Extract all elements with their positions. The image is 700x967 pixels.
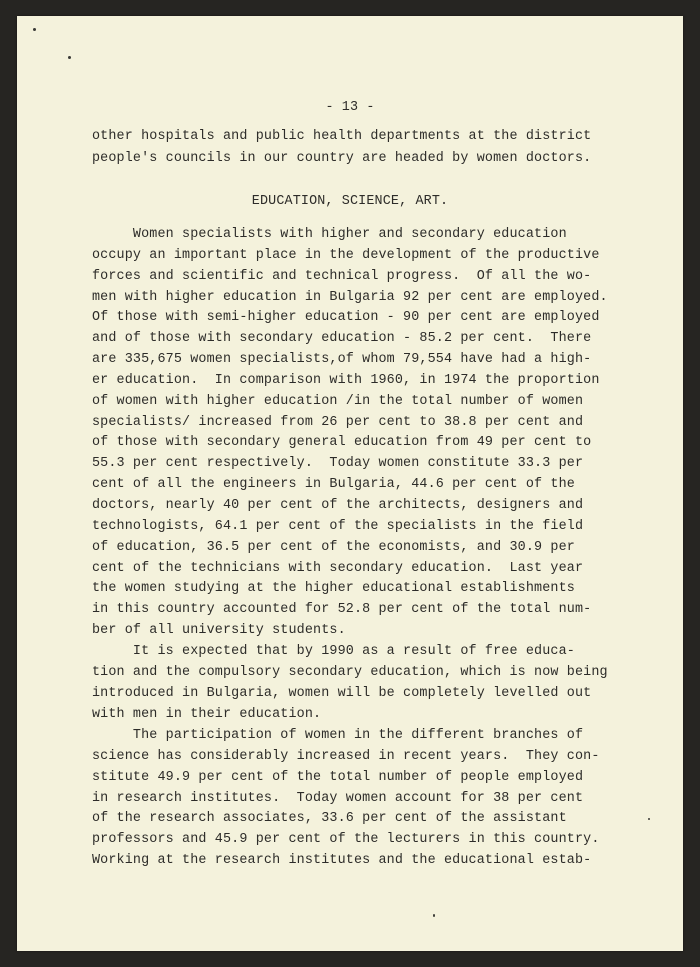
text-line: Working at the research institutes and t… bbox=[92, 853, 591, 869]
text-line: forces and scientific and technical prog… bbox=[92, 269, 591, 285]
text-line: ber of all university students. bbox=[92, 623, 346, 639]
text-line: in research institutes. Today women acco… bbox=[92, 791, 583, 807]
text-line: of those with secondary general educatio… bbox=[92, 435, 591, 451]
text-line: doctors, nearly 40 per cent of the archi… bbox=[92, 498, 583, 514]
text-line: specialists/ increased from 26 per cent … bbox=[92, 415, 583, 431]
document-page: - 13 - other hospitals and public health… bbox=[17, 16, 683, 951]
paper-speck bbox=[648, 818, 650, 820]
text-line: in this country accounted for 52.8 per c… bbox=[92, 602, 591, 618]
text-line: are 335,675 women specialists,of whom 79… bbox=[92, 352, 591, 368]
text-line: Women specialists with higher and second… bbox=[92, 227, 567, 243]
text-line: of women with higher education /in the t… bbox=[92, 394, 583, 410]
text-line: and of those with secondary education - … bbox=[92, 331, 591, 347]
paper-speck bbox=[68, 56, 71, 59]
text-line: of education, 36.5 per cent of the econo… bbox=[92, 540, 575, 556]
text-line: technologists, 64.1 per cent of the spec… bbox=[92, 519, 583, 535]
paper-speck bbox=[33, 28, 36, 31]
text-line: The participation of women in the differ… bbox=[92, 728, 583, 744]
text-line: the women studying at the higher educati… bbox=[92, 581, 575, 597]
text-line: stitute 49.9 per cent of the total numbe… bbox=[92, 770, 583, 786]
text-line: Of those with semi-higher education - 90… bbox=[92, 310, 600, 326]
paper-speck bbox=[433, 914, 435, 917]
text-line: cent of the technicians with secondary e… bbox=[92, 561, 583, 577]
text-line: men with higher education in Bulgaria 92… bbox=[92, 290, 608, 306]
text-line: 55.3 per cent respectively. Today women … bbox=[92, 456, 583, 472]
text-line: of the research associates, 33.6 per cen… bbox=[92, 811, 567, 827]
text-line: er education. In comparison with 1960, i… bbox=[92, 373, 600, 389]
text-line: professors and 45.9 per cent of the lect… bbox=[92, 832, 600, 848]
text-line: science has considerably increased in re… bbox=[92, 749, 600, 765]
section-heading: EDUCATION, SCIENCE, ART. bbox=[17, 194, 683, 209]
text-line: other hospitals and public health depart… bbox=[92, 129, 591, 145]
page-number: - 13 - bbox=[17, 100, 683, 115]
text-line: introduced in Bulgaria, women will be co… bbox=[92, 686, 591, 702]
text-line: It is expected that by 1990 as a result … bbox=[92, 644, 575, 660]
text-line: with men in their education. bbox=[92, 707, 321, 723]
text-line: tion and the compulsory secondary educat… bbox=[92, 665, 608, 681]
text-line: people's councils in our country are hea… bbox=[92, 151, 591, 167]
text-line: cent of all the engineers in Bulgaria, 4… bbox=[92, 477, 575, 493]
text-line: occupy an important place in the develop… bbox=[92, 248, 600, 264]
